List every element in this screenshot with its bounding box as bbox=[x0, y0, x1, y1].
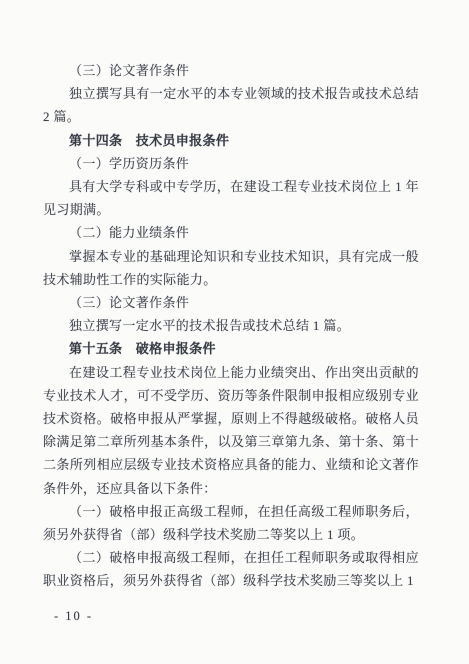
paragraph-item-1: （一）破格申报正高级工程师，在担任高级工程师职务后，须另外获得省（部）级科学技术… bbox=[43, 500, 419, 546]
paragraph-section-1-title: （一）学历资历条件 bbox=[43, 152, 419, 175]
paragraph-body: 独立撰写一定水平的技术报告或技术总结 1 篇。 bbox=[43, 314, 419, 337]
paragraph-section-3-title: （三）论文著作条件 bbox=[43, 291, 419, 314]
paragraph-body: 掌握本专业的基础理论知识和专业技术知识，具有完成一般技术辅助性工作的实际能力。 bbox=[43, 245, 419, 291]
page-number: - 10 - bbox=[54, 607, 93, 625]
article-15-heading: 第十五条 破格申报条件 bbox=[43, 337, 419, 360]
document-body: （三）论文著作条件 独立撰写具有一定水平的本专业领域的技术报告或技术总结 2 篇… bbox=[43, 59, 419, 593]
paragraph-body: 独立撰写具有一定水平的本专业领域的技术报告或技术总结 2 篇。 bbox=[43, 82, 419, 128]
document-page: （三）论文著作条件 独立撰写具有一定水平的本专业领域的技术报告或技术总结 2 篇… bbox=[0, 0, 469, 664]
paragraph-body: 在建设工程专业技术岗位上能力业绩突出、作出突出贡献的专业技术人才，可不受学历、资… bbox=[43, 361, 419, 500]
article-14-heading: 第十四条 技术员申报条件 bbox=[43, 129, 419, 152]
paragraph-section-3-title: （三）论文著作条件 bbox=[43, 59, 419, 82]
paragraph-item-2: （二）破格申报高级工程师，在担任工程师职务或取得相应职业资格后，须另外获得省（部… bbox=[43, 546, 419, 592]
paragraph-body: 具有大学专科或中专学历，在建设工程专业技术岗位上 1 年见习期满。 bbox=[43, 175, 419, 221]
paragraph-section-2-title: （二）能力业绩条件 bbox=[43, 221, 419, 244]
